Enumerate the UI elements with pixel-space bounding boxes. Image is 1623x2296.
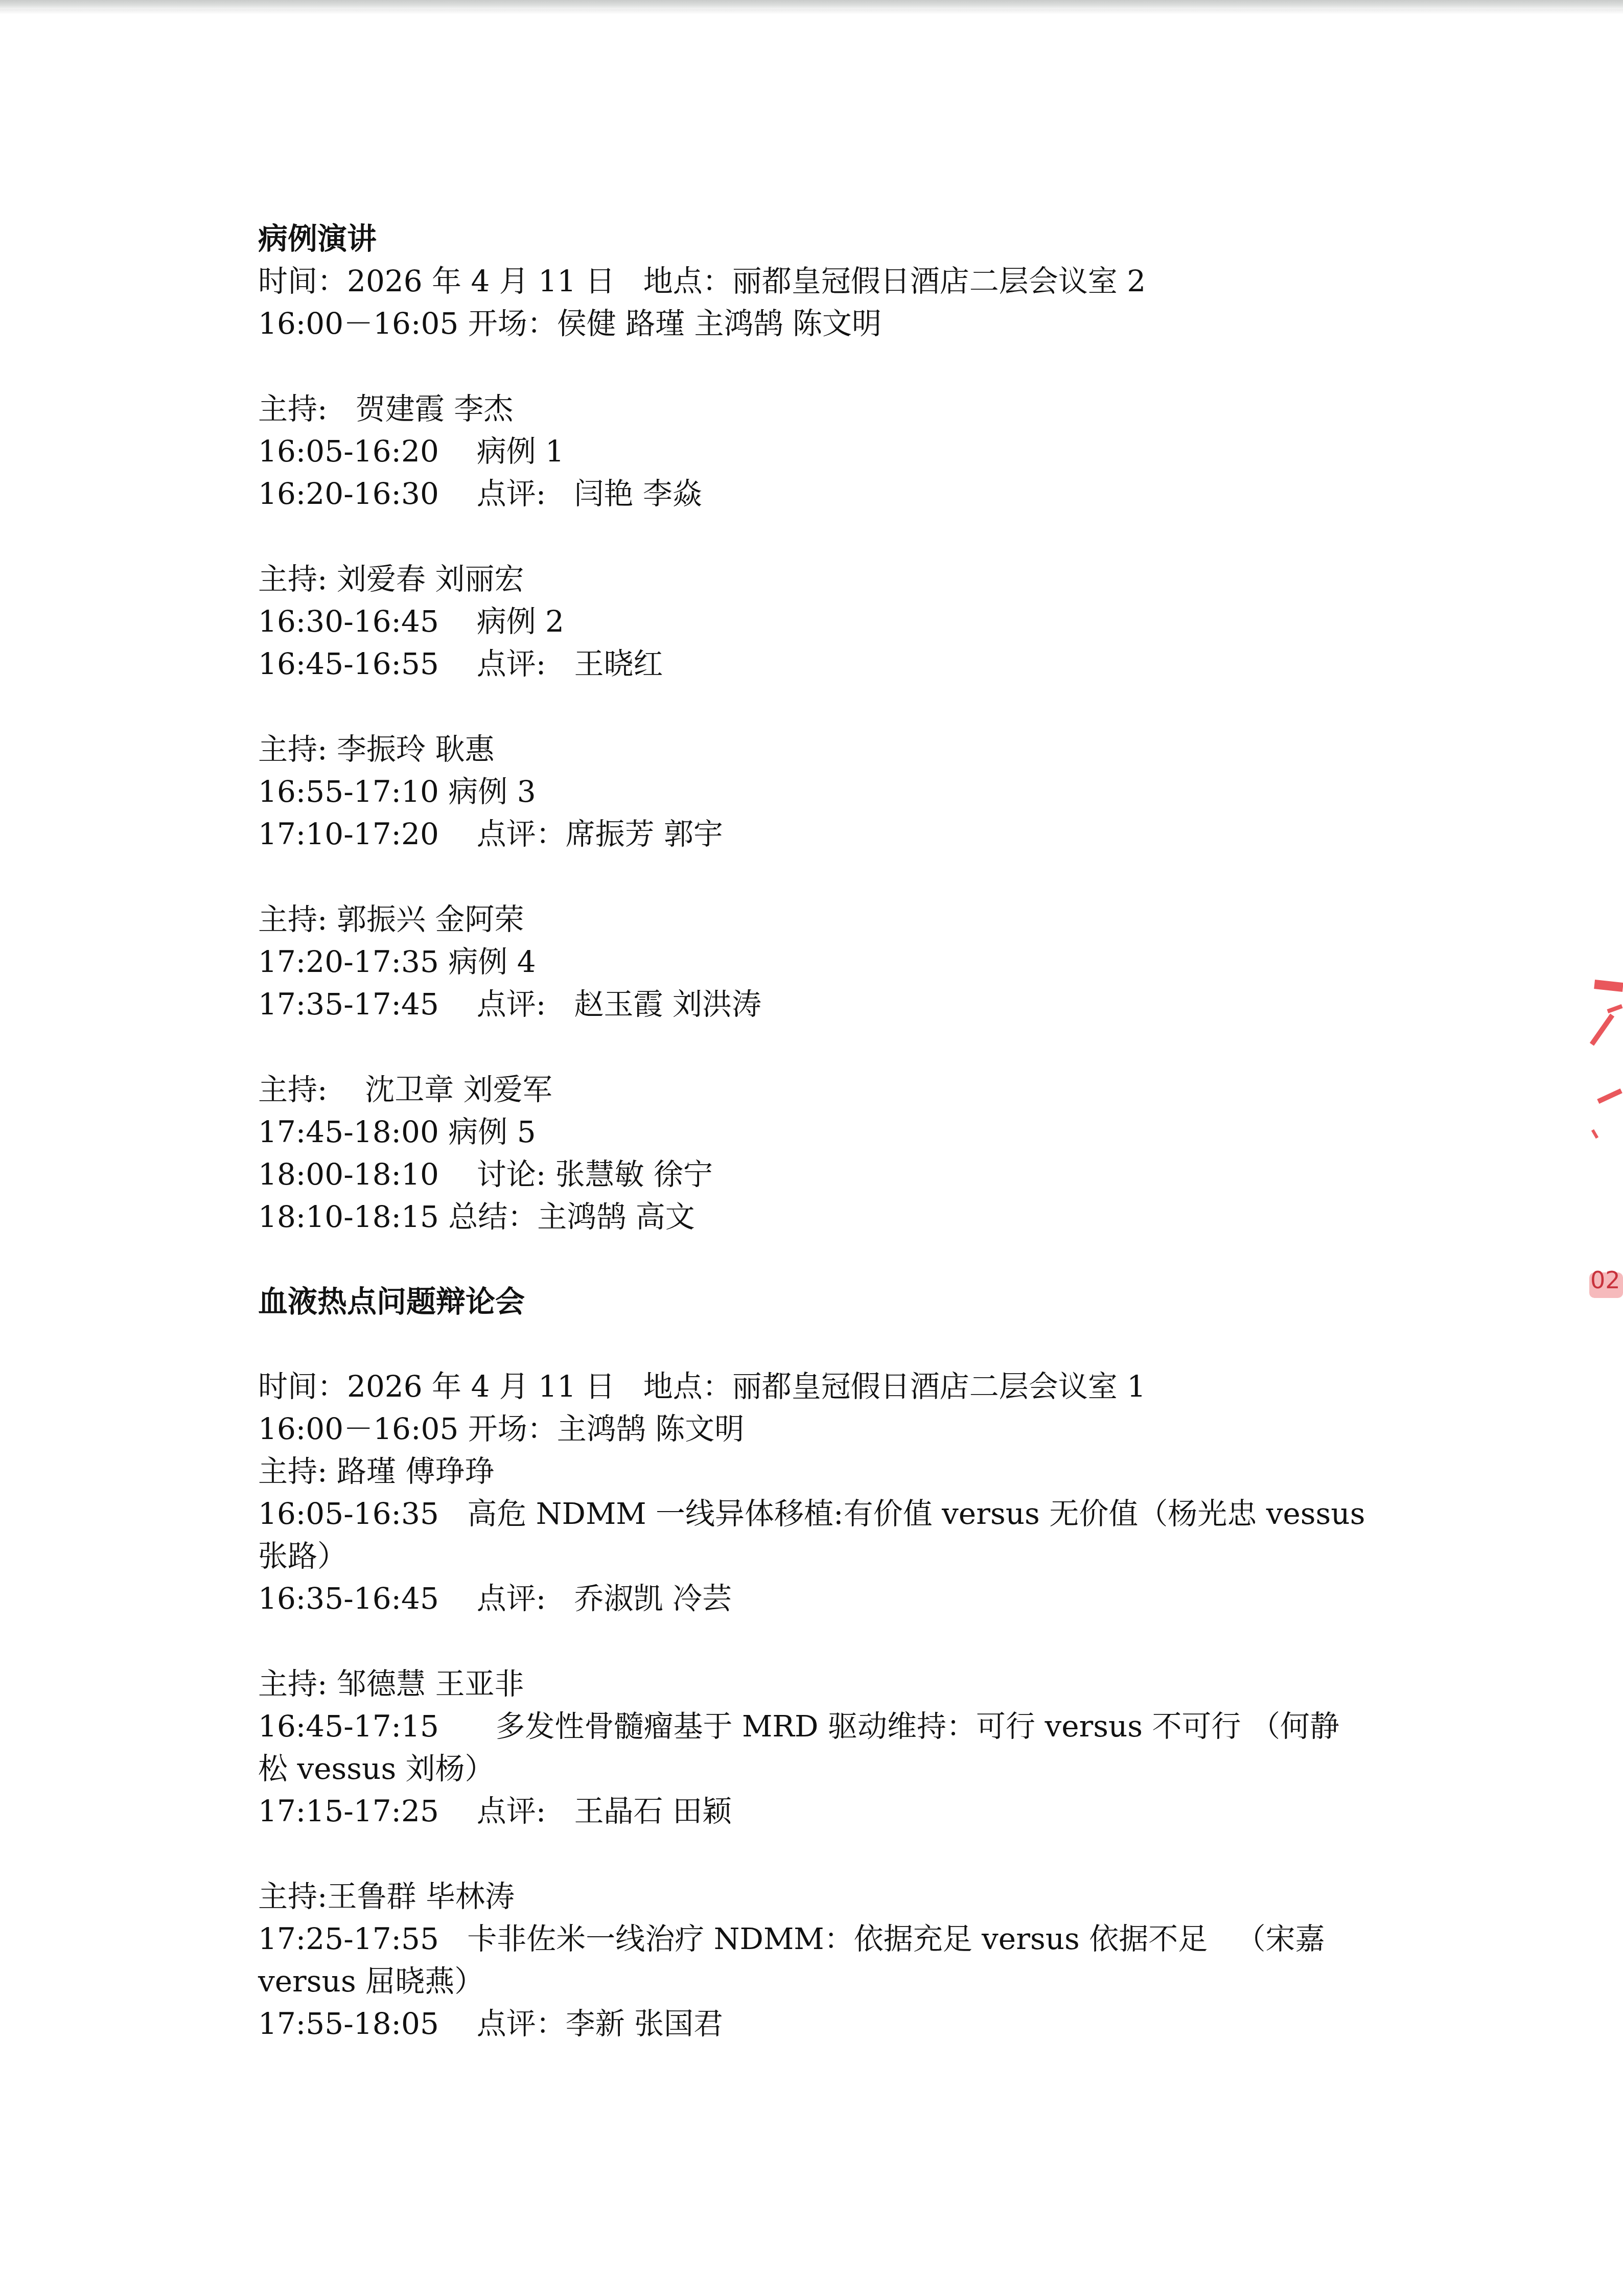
agenda-item: 18:00-18:10 讨论: 张慧敏 徐宁: [258, 1156, 713, 1192]
agenda-item: 17:55-18:05 点评：李新 张国君: [258, 2006, 723, 2042]
moderator-line: 主持: 刘爱春 刘丽宏: [258, 561, 524, 597]
agenda-item: 17:10-17:20 点评：席振芳 郭宇: [258, 816, 723, 852]
agenda-item: 16:20-16:30 点评: 闫艳 李焱: [258, 476, 702, 512]
moderator-line: 主持: 李振玲 耿惠: [258, 731, 494, 767]
stamp-text: 02: [1590, 1266, 1620, 1294]
session-time-location: 时间：2026 年 4 月 11 日 地点：丽都皇冠假日酒店二层会议室 1: [258, 1369, 1146, 1404]
agenda-item: 16:30-16:45 病例 2: [258, 604, 564, 639]
moderator-line: 主持: 路瑾 傅琤琤: [258, 1453, 494, 1489]
debate-topic: 17:25-17:55 卡非佐米一线治疗 NDMM：依据充足 versus 依据…: [258, 1921, 1325, 1957]
section-title-case-presentation: 病例演讲: [258, 221, 377, 257]
agenda-item: 17:20-17:35 病例 4: [258, 944, 536, 980]
section-title-debate: 血液热点问题辩论会: [258, 1284, 525, 1319]
stamp-stroke: [1607, 1004, 1623, 1013]
session-time-location: 时间：2026 年 4 月 11 日 地点：丽都皇冠假日酒店二层会议室 2: [258, 263, 1146, 299]
agenda-item: 17:45-18:00 病例 5: [258, 1114, 536, 1150]
agenda-item: 16:55-17:10 病例 3: [258, 774, 536, 809]
agenda-item: 16:45-16:55 点评: 王晓红: [258, 646, 663, 682]
agenda-item: 17:15-17:25 点评: 王晶石 田颖: [258, 1793, 732, 1829]
red-seal-stamp: 02: [1584, 971, 1623, 1318]
stamp-stroke: [1591, 1129, 1598, 1139]
moderator-line: 主持: 贺建霞 李杰: [258, 391, 513, 427]
stamp-stroke: [1597, 1088, 1622, 1104]
scan-top-edge-fade: [0, 9, 1623, 14]
agenda-item: 16:35-16:45 点评: 乔淑凯 冷芸: [258, 1581, 732, 1616]
debate-topic: 16:05-16:35 高危 NDMM 一线异体移植:有价值 versus 无价…: [258, 1496, 1365, 1532]
debate-topic-continued: 松 vessus 刘杨）: [258, 1751, 495, 1787]
moderator-line: 主持: 邹德慧 王亚非: [258, 1666, 524, 1702]
stamp-stroke: [1590, 1013, 1614, 1046]
debate-topic: 16:45-17:15 多发性骨髓瘤基于 MRD 驱动维持：可行 versus …: [258, 1708, 1339, 1744]
moderator-line: 主持: 沈卫章 刘爱军: [258, 1072, 552, 1107]
agenda-item: 17:35-17:45 点评: 赵玉霞 刘洪涛: [258, 986, 761, 1022]
debate-topic-continued: 张路）: [258, 1538, 347, 1574]
scan-top-edge: [0, 0, 1623, 9]
opening-line: 16:00－16:05 开场：主鸿鹄 陈文明: [258, 1411, 744, 1447]
moderator-line: 主持:王鲁群 毕林涛: [258, 1878, 515, 1914]
moderator-line: 主持: 郭振兴 金阿荣: [258, 901, 524, 937]
agenda-item: 18:10-18:15 总结：主鸿鹄 高文: [258, 1199, 695, 1235]
stamp-stroke: [1594, 980, 1623, 992]
debate-topic-continued: versus 屈晓燕）: [258, 1963, 484, 1999]
opening-line: 16:00－16:05 开场：侯健 路瑾 主鸿鹄 陈文明: [258, 306, 882, 341]
agenda-item: 16:05-16:20 病例 1: [258, 433, 564, 469]
